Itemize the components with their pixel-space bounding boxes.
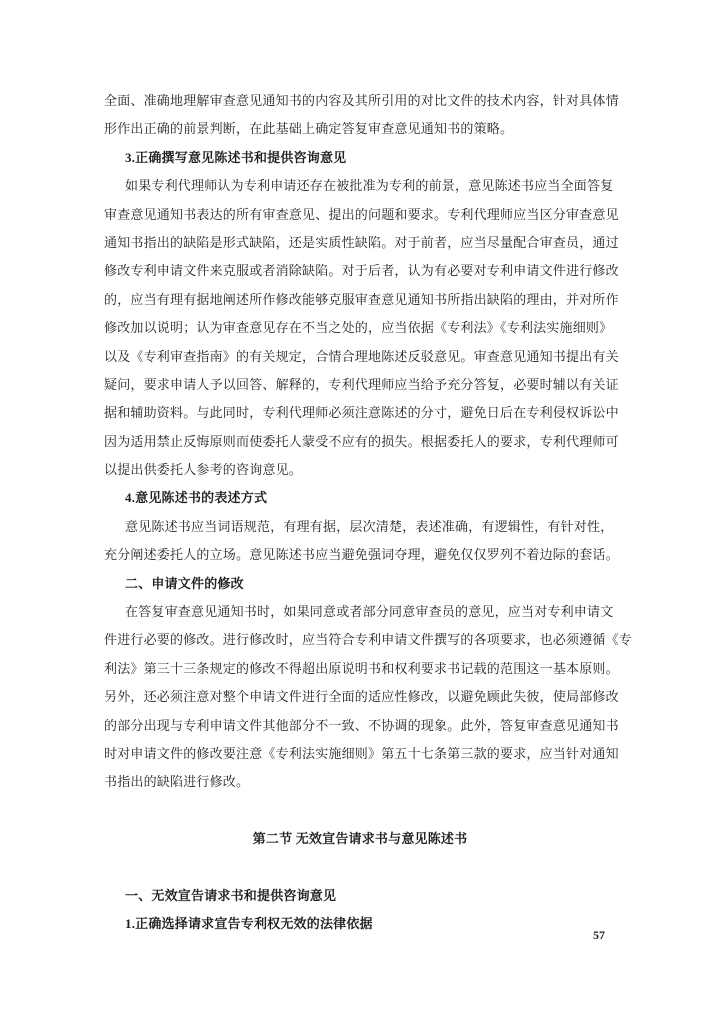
subheading-item-1-line: 一、无效宣告请求书和提供咨询意见 xyxy=(104,882,616,910)
body-text-line: 全面、准确地理解审查意见通知书的内容及其所引用的对比文件的技术内容，针对具体情 xyxy=(104,87,616,115)
body-text-line: 通知书指出的缺陷是形式缺陷，还是实质性缺陷。对于前者，应当尽量配合审查员，通过 xyxy=(104,229,616,257)
document-page: 全面、准确地理解审查意见通知书的内容及其所引用的对比文件的技术内容，针对具体情 … xyxy=(0,0,720,1018)
body-text-line: 件进行必要的修改。进行修改时，应当符合专利申请文件撰写的各项要求，也必须遵循《专 xyxy=(104,626,616,654)
subheading-4-line: 4.意见陈述书的表述方式 xyxy=(104,484,616,512)
subheading-1-line: 1.正确选择请求宣告专利权无效的法律依据 xyxy=(104,910,616,938)
body-text-line: 的部分出现与专利申请文件其他部分不一致、不协调的现象。此外，答复审查意见通知书 xyxy=(104,712,616,740)
body-text-line: 另外，还必须注意对整个申请文件进行全面的适应性修改，以避免顾此失彼，使局部修改 xyxy=(104,683,616,711)
subheading-3-line: 3.正确撰写意见陈述书和提供咨询意见 xyxy=(104,144,616,172)
body-text-line: 因为适用禁止反悔原则而使委托人蒙受不应有的损失。根据委托人的要求，专利代理师可 xyxy=(104,428,616,456)
subheading-item-2-line: 二、申请文件的修改 xyxy=(104,570,616,598)
body-text-line: 充分阐述委托人的立场。意见陈述书应当避免强词夺理，避免仅仅罗列不着边际的套话。 xyxy=(104,541,616,569)
body-text-line: 修改专利申请文件来克服或者消除缺陷。对于后者，认为有必要对专利申请文件进行修改 xyxy=(104,257,616,285)
body-text-line: 利法》第三十三条规定的修改不得超出原说明书和权利要求书记载的范围这一基本原则。 xyxy=(104,655,616,683)
body-text-line: 如果专利代理师认为专利申请还存在被批准为专利的前景，意见陈述书应当全面答复 xyxy=(104,172,616,200)
body-text-line: 以提出供委托人参考的咨询意见。 xyxy=(104,456,616,484)
body-text-line: 书指出的缺陷进行修改。 xyxy=(104,768,616,796)
body-text-line: 据和辅助资料。与此同时，专利代理师必须注意陈述的分寸，避免日后在专利侵权诉讼中 xyxy=(104,399,616,427)
body-text-line: 修改加以说明；认为审查意见存在不当之处的，应当依据《专利法》《专利法实施细则》 xyxy=(104,314,616,342)
body-text-line: 形作出正确的前景判断，在此基础上确定答复审查意见通知书的策略。 xyxy=(104,115,616,143)
body-text-line: 时对申请文件的修改要注意《专利法实施细则》第五十七条第三款的要求，应当针对通知 xyxy=(104,740,616,768)
body-text-line: 以及《专利审查指南》的有关规定，合情合理地陈述反驳意见。审查意见通知书提出有关 xyxy=(104,343,616,371)
body-text-line: 在答复审查意见通知书时，如果同意或者部分同意审查员的意见，应当对专利申请文 xyxy=(104,598,616,626)
document-text: 全面、准确地理解审查意见通知书的内容及其所引用的对比文件的技术内容，针对具体情 … xyxy=(104,87,616,939)
body-text-line: 审查意见通知书表达的所有审查意见、提出的问题和要求。专利代理师应当区分审查意见 xyxy=(104,201,616,229)
section-title: 第二节 无效宣告请求书与意见陈述书 xyxy=(104,825,616,853)
body-text-line: 疑问，要求申请人予以回答、解释的，专利代理师应当给予充分答复，必要时辅以有关证 xyxy=(104,371,616,399)
body-text-line: 意见陈述书应当词语规范，有理有据，层次清楚，表述准确，有逻辑性，有针对性， xyxy=(104,513,616,541)
body-text-line: 的，应当有理有据地阐述所作修改能够克服审查意见通知书所指出缺陷的理由，并对所作 xyxy=(104,286,616,314)
page-number: 57 xyxy=(593,926,605,944)
